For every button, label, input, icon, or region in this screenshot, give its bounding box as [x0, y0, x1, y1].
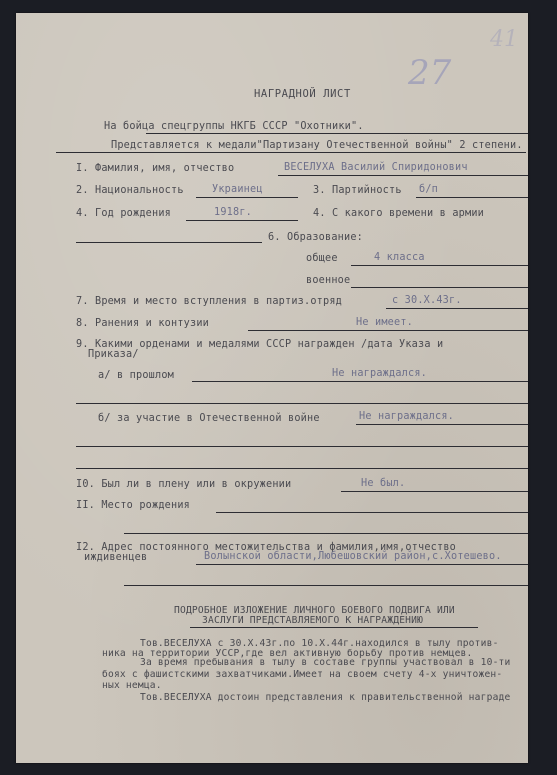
- rule: [356, 424, 528, 425]
- rule: [341, 491, 528, 492]
- rule: [196, 564, 528, 565]
- rule: [76, 242, 262, 243]
- field-label-education: 6. Образование:: [268, 232, 363, 244]
- field-label-partisan-join: 7. Время и место вступления в партиз.отр…: [76, 296, 342, 308]
- rule: [56, 152, 526, 153]
- field-label-awards-cont: Приказа/: [88, 349, 139, 361]
- field-label-wounds: 8. Ранения и контузии: [76, 318, 209, 330]
- rule: [386, 308, 528, 309]
- rule: [351, 265, 528, 266]
- field-value-awards-war: Не награждался.: [359, 411, 454, 423]
- field-label-awards-war: б/ за участие в Отечественной войне: [98, 413, 320, 425]
- field-value-full-name: ВЕСЕЛУХА Василий Спиридонович: [284, 162, 468, 174]
- field-label-military-education: военное: [306, 275, 350, 287]
- rule: [76, 403, 528, 404]
- field-label-full-name: I. Фамилия, имя, отчество: [76, 163, 234, 175]
- field-label-party: 3. Партийность: [313, 185, 402, 197]
- field-label-dependents: иждивенцев: [84, 552, 147, 564]
- field-value-nationality: Украинец: [212, 184, 263, 196]
- handwritten-page-number: 41: [490, 27, 518, 52]
- field-label-nationality: 2. Национальность: [76, 185, 184, 197]
- field-value-partisan-join: с 30.X.43г.: [392, 295, 462, 307]
- narrative-line: За время пребывания в тылу в составе гру…: [140, 657, 511, 669]
- rule: [190, 627, 478, 628]
- rule: [76, 468, 528, 469]
- rule: [124, 533, 528, 534]
- field-label-army-since: 4. С какого времени в армии: [313, 208, 484, 220]
- handwritten-number-mark: 27: [408, 53, 451, 93]
- rule: [248, 330, 528, 331]
- field-label-awards-past: а/ в прошлом: [98, 370, 174, 382]
- field-label-captivity: I0. Был ли в плену или в окружении: [76, 479, 291, 491]
- rule: [192, 381, 528, 382]
- field-value-party: б/п: [419, 184, 438, 196]
- field-value-wounds: Не имеет.: [356, 317, 413, 329]
- award-sheet-page: 27 41 НАГРАДНОЙ ЛИСТ На бойца спецгруппы…: [16, 13, 528, 763]
- rule: [196, 197, 298, 198]
- rule: [416, 197, 528, 198]
- rule: [146, 133, 528, 134]
- rule: [278, 175, 528, 176]
- rule: [76, 446, 528, 447]
- section-heading-line2: ЗАСЛУГИ ПРЕДСТАВЛЯЕМОГО К НАГРАЖДЕНИЮ: [202, 615, 423, 627]
- narrative-line: ных немца.: [102, 680, 162, 692]
- rule: [351, 287, 528, 288]
- field-label-birth-year: 4. Год рождения: [76, 208, 171, 220]
- header-award-line: Представляется к медали"Партизану Отечес…: [111, 140, 523, 152]
- rule: [124, 585, 528, 586]
- field-label-birthplace: II. Место рождения: [76, 500, 190, 512]
- header-recipient-line: На бойца спецгруппы НКГБ СССР "Охотники"…: [104, 121, 364, 133]
- field-value-captivity: Не был.: [361, 478, 405, 490]
- field-value-birth-year: 1918г.: [214, 207, 252, 219]
- document-title: НАГРАДНОЙ ЛИСТ: [254, 88, 351, 100]
- field-value-address: Волынской области,Любешовский район,с.Хо…: [204, 551, 502, 563]
- field-label-general-education: общее: [306, 253, 338, 265]
- field-value-awards-past: Не награждался.: [332, 368, 427, 380]
- narrative-line: Тов.ВЕСЕЛУХА достоин представления к пра…: [140, 692, 511, 704]
- rule: [186, 220, 298, 221]
- narrative-line: боях с фашистскими захватчиками.Имеет на…: [102, 669, 502, 681]
- field-value-general-education: 4 класса: [374, 252, 425, 264]
- rule: [216, 512, 528, 513]
